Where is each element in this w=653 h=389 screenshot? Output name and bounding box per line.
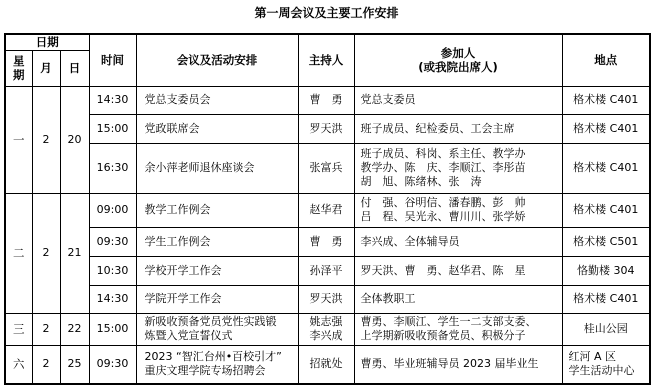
header-location: 地点 [562,34,650,86]
event-cell-line: 2023 “智汇台州•百校引才” [145,350,298,364]
time-cell: 14:30 [89,285,136,313]
day-cell: 21 [60,193,89,313]
host-cell-line: 招就处 [299,357,354,371]
location-cell: 红河 A 区学生活动中心 [562,345,650,384]
time-cell: 15:00 [89,114,136,143]
host-cell-line: 孙泽平 [299,264,354,278]
event-cell-line: 余小萍老师退休座谈会 [145,161,298,175]
attendees-cell-line: 教学办、陈 庆、李顺江、李彤苗 [361,161,562,175]
header-attendees-line1: 参加人 [355,46,562,60]
location-cell-line: 格术楼 C401 [563,203,650,217]
time-cell: 16:30 [89,143,136,193]
host-cell: 曹 勇 [298,227,354,256]
event-cell: 学生工作例会 [136,227,298,256]
host-cell-line: 罗天洪 [299,122,354,136]
location-cell-line: 格术楼 C501 [563,235,650,249]
attendees-cell-line: 吕 程、吴光永、曹川川、张学娇 [361,210,562,224]
location-cell: 格术楼 C401 [562,285,650,313]
event-cell-line: 学院开学工作会 [145,292,298,306]
day-cell: 25 [60,345,89,384]
host-cell: 张富兵 [298,143,354,193]
time-cell: 15:00 [89,313,136,345]
location-cell: 桂山公园 [562,313,650,345]
host-cell: 招就处 [298,345,354,384]
location-cell: 格术楼 C501 [562,227,650,256]
host-cell: 罗天洪 [298,285,354,313]
event-cell-line: 党政联席会 [145,122,298,136]
attendees-cell-line: 付 强、谷明信、潘春鹏、彭 帅 [361,196,562,210]
event-cell: 党政联席会 [136,114,298,143]
location-cell-line: 格术楼 C401 [563,122,650,136]
location-cell: 格术楼 C401 [562,143,650,193]
month-cell: 2 [32,193,60,313]
location-cell-line: 红河 A 区 [569,350,650,364]
host-cell: 姚志强李兴成 [298,313,354,345]
host-cell-line: 曹 勇 [299,235,354,249]
event-cell: 教学工作例会 [136,193,298,227]
attendees-cell: 曹勇、李顺江、学生一二支部支委、上学期新吸收预备党员、积极分子 [354,313,562,345]
page-title: 第一周会议及主要工作安排 [0,4,653,21]
host-cell-line: 赵华君 [299,203,354,217]
month-cell: 2 [32,86,60,193]
event-cell-line: 新吸收预备党员党性实践锻 [145,315,298,329]
time-cell: 09:00 [89,193,136,227]
time-cell: 09:30 [89,227,136,256]
table-row: 二22109:00教学工作例会赵华君付 强、谷明信、潘春鹏、彭 帅吕 程、吴光永… [5,193,650,227]
day-cell: 22 [60,313,89,345]
attendees-cell: 党总支委员 [354,86,562,114]
header-weekday-char1: 星 [6,54,32,68]
table-row: 09:30学生工作例会曹 勇李兴成、全体辅导员格术楼 C501 [5,227,650,256]
table-row: 六22509:302023 “智汇台州•百校引才”重庆文理学院专场招聘会招就处曹… [5,345,650,384]
event-cell: 学院开学工作会 [136,285,298,313]
header-day: 日 [60,50,89,86]
location-cell-line: 桂山公园 [563,322,650,336]
header-time: 时间 [89,34,136,86]
weekday-cell: 三 [5,313,32,345]
attendees-cell-line: 罗天洪、曹 勇、赵华君、陈 星 [361,264,562,278]
header-weekday: 星 期 [5,50,32,86]
month-cell: 2 [32,345,60,384]
attendees-cell-line: 上学期新吸收预备党员、积极分子 [361,329,562,343]
header-date-group: 日期 [5,34,89,50]
location-cell-line: 格术楼 C401 [563,93,650,107]
event-cell-line: 炼暨入党宣誓仪式 [145,329,298,343]
weekday-cell: 六 [5,345,32,384]
host-cell-line: 姚志强 [299,315,354,329]
attendees-cell-line: 曹勇、李顺江、学生一二支部支委、 [361,315,562,329]
header-event: 会议及活动安排 [136,34,298,86]
attendees-cell: 罗天洪、曹 勇、赵华君、陈 星 [354,256,562,285]
event-cell-line: 教学工作例会 [145,203,298,217]
location-cell: 格术楼 C401 [562,114,650,143]
day-cell: 20 [60,86,89,193]
host-cell: 罗天洪 [298,114,354,143]
host-cell: 孙泽平 [298,256,354,285]
event-cell-line: 党总支委员会 [145,93,298,107]
host-cell: 赵华君 [298,193,354,227]
header-weekday-char2: 期 [6,68,32,82]
host-cell-line: 张富兵 [299,161,354,175]
attendees-cell-line: 班子成员、科岗、系主任、教学办 [361,147,562,161]
attendees-cell: 付 强、谷明信、潘春鹏、彭 帅吕 程、吴光永、曹川川、张学娇 [354,193,562,227]
event-cell: 党总支委员会 [136,86,298,114]
attendees-cell-line: 党总支委员 [361,93,562,107]
attendees-cell-line: 曹勇、毕业班辅导员 2023 届毕业生 [361,357,562,371]
time-cell: 09:30 [89,345,136,384]
attendees-cell-line: 李兴成、全体辅导员 [361,235,562,249]
event-cell-line: 重庆文理学院专场招聘会 [145,364,298,378]
table-row: 10:30学校开学工作会孙泽平罗天洪、曹 勇、赵华君、陈 星恪勤楼 304 [5,256,650,285]
event-cell: 新吸收预备党员党性实践锻炼暨入党宣誓仪式 [136,313,298,345]
host-cell-line: 李兴成 [299,329,354,343]
host-cell-line: 曹 勇 [299,93,354,107]
table-row: 15:00党政联席会罗天洪班子成员、纪检委员、工会主席格术楼 C401 [5,114,650,143]
location-cell-line: 格术楼 C401 [563,161,650,175]
header-attendees-line2: (或我院出席人) [355,60,562,74]
attendees-cell: 班子成员、纪检委员、工会主席 [354,114,562,143]
event-cell: 2023 “智汇台州•百校引才”重庆文理学院专场招聘会 [136,345,298,384]
location-cell-line: 学生活动中心 [569,364,650,378]
table-row: 14:30学院开学工作会罗天洪全体教职工格术楼 C401 [5,285,650,313]
schedule-table: 日期 时间 会议及活动安排 主持人 参加人 (或我院出席人) 地点 星 期 月 … [4,33,651,385]
location-cell: 格术楼 C401 [562,193,650,227]
location-cell: 恪勤楼 304 [562,256,650,285]
attendees-cell: 全体教职工 [354,285,562,313]
time-cell: 14:30 [89,86,136,114]
event-cell-line: 学校开学工作会 [145,264,298,278]
time-cell: 10:30 [89,256,136,285]
location-cell-line: 恪勤楼 304 [563,264,650,278]
table-row: 16:30余小萍老师退休座谈会张富兵班子成员、科岗、系主任、教学办教学办、陈 庆… [5,143,650,193]
attendees-cell: 曹勇、毕业班辅导员 2023 届毕业生 [354,345,562,384]
weekday-cell: 二 [5,193,32,313]
host-cell: 曹 勇 [298,86,354,114]
attendees-cell: 李兴成、全体辅导员 [354,227,562,256]
event-cell: 余小萍老师退休座谈会 [136,143,298,193]
attendees-cell: 班子成员、科岗、系主任、教学办教学办、陈 庆、李顺江、李彤苗胡 旭、陈绪林、张 … [354,143,562,193]
weekday-cell: 一 [5,86,32,193]
attendees-cell-line: 班子成员、纪检委员、工会主席 [361,122,562,136]
month-cell: 2 [32,313,60,345]
event-cell: 学校开学工作会 [136,256,298,285]
header-host: 主持人 [298,34,354,86]
attendees-cell-line: 胡 旭、陈绪林、张 涛 [361,175,562,189]
header-attendees: 参加人 (或我院出席人) [354,34,562,86]
location-cell-line: 格术楼 C401 [563,292,650,306]
location-cell: 格术楼 C401 [562,86,650,114]
header-month: 月 [32,50,60,86]
table-row: 三22215:00新吸收预备党员党性实践锻炼暨入党宣誓仪式姚志强李兴成曹勇、李顺… [5,313,650,345]
host-cell-line: 罗天洪 [299,292,354,306]
attendees-cell-line: 全体教职工 [361,292,562,306]
event-cell-line: 学生工作例会 [145,235,298,249]
table-row: 一22014:30党总支委员会曹 勇党总支委员格术楼 C401 [5,86,650,114]
